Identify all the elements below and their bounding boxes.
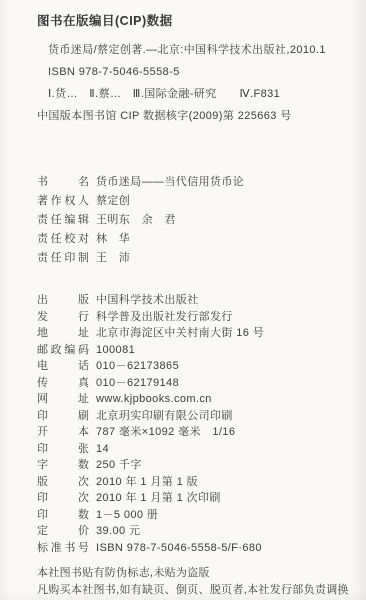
field-label: 地址 bbox=[37, 325, 89, 342]
field-value: 2010 年 1 月第 1 次印刷 bbox=[96, 490, 221, 507]
pub-row-sheets: 印张 14 bbox=[37, 441, 348, 458]
replacement-notice: 凡购买本社图书,如有缺页、倒页、脱页者,本社发行部负责调换 bbox=[37, 582, 348, 599]
field-label: 书名 bbox=[37, 173, 89, 192]
field-label: 责任编辑 bbox=[37, 211, 89, 230]
field-label: 印次 bbox=[37, 490, 89, 507]
pub-row-price: 定价 39.00 元 bbox=[37, 523, 348, 540]
cip-line-classification: Ⅰ.货… Ⅱ.蔡… Ⅲ.国际金融-研究 Ⅳ.F831 bbox=[37, 83, 348, 105]
pub-row-format: 开本 787 毫米×1092 毫米 1/16 bbox=[37, 424, 348, 441]
info-row-editor: 责任编辑 王明东 余 君 bbox=[37, 211, 348, 230]
field-label: 发行 bbox=[37, 309, 89, 326]
field-value: 2010 年 1 月第 1 版 bbox=[96, 474, 198, 491]
field-value: 010－62173865 bbox=[96, 358, 179, 375]
field-value: 林 华 bbox=[96, 230, 130, 249]
field-label: 标准书号 bbox=[37, 540, 89, 557]
info-row-title: 书名 货币迷局——当代信用货币论 bbox=[37, 173, 348, 192]
pub-row-impression: 印次 2010 年 1 月第 1 次印刷 bbox=[37, 490, 348, 507]
field-value: 北京市海淀区中关村南大街 16 号 bbox=[96, 325, 264, 342]
field-value: 1－5 000 册 bbox=[96, 507, 158, 524]
field-value: 250 千字 bbox=[96, 457, 142, 474]
pub-row-printer: 印刷 北京玥实印刷有限公司印刷 bbox=[37, 408, 348, 425]
field-label: 著作权人 bbox=[37, 192, 89, 211]
pub-row-address: 地址 北京市海淀区中关村南大街 16 号 bbox=[37, 325, 348, 342]
field-value: 货币迷局——当代信用货币论 bbox=[96, 173, 244, 192]
anti-piracy-notice: 本社图书贴有防伪标志,未贴为盗版 bbox=[37, 565, 348, 582]
field-value: 科学普及出版社发行部发行 bbox=[96, 309, 233, 326]
cip-line-record-number: 中国版本图书馆 CIP 数据核字(2009)第 225663 号 bbox=[37, 105, 348, 127]
field-label: 传真 bbox=[37, 375, 89, 392]
field-label: 责任印制 bbox=[37, 249, 89, 268]
field-label: 网址 bbox=[37, 391, 89, 408]
info-row-proofreader: 责任校对 林 华 bbox=[37, 230, 348, 249]
pub-row-edition: 版次 2010 年 1 月第 1 版 bbox=[37, 474, 348, 491]
field-value: 蔡定创 bbox=[96, 192, 130, 211]
field-value: 王 沛 bbox=[96, 249, 130, 268]
book-copyright-page: 图书在版编目(CIP)数据 货币迷局/蔡定创著.—北京:中国科学技术出版社,20… bbox=[0, 0, 366, 600]
pub-row-standard-book-number: 标准书号 ISBN 978-7-5046-5558-5/F·680 bbox=[37, 540, 348, 557]
field-label: 印数 bbox=[37, 507, 89, 524]
field-label: 电话 bbox=[37, 358, 89, 375]
field-label: 印刷 bbox=[37, 408, 89, 425]
pub-row-publisher: 出版 中国科学技术出版社 bbox=[37, 292, 348, 309]
cip-line-isbn: ISBN 978-7-5046-5558-5 bbox=[37, 61, 348, 83]
pub-row-distributor: 发行 科学普及出版社发行部发行 bbox=[37, 309, 348, 326]
field-value: www.kjpbooks.com.cn bbox=[96, 391, 212, 408]
field-label: 印张 bbox=[37, 441, 89, 458]
publication-section: 出版 中国科学技术出版社 发行 科学普及出版社发行部发行 地址 北京市海淀区中关… bbox=[37, 292, 348, 556]
field-value: 14 bbox=[96, 441, 109, 458]
field-label: 出版 bbox=[37, 292, 89, 309]
pub-row-print-run: 印数 1－5 000 册 bbox=[37, 507, 348, 524]
field-label: 字数 bbox=[37, 457, 89, 474]
field-value: 北京玥实印刷有限公司印刷 bbox=[96, 408, 233, 425]
field-label: 邮政编码 bbox=[37, 342, 89, 359]
field-value: 王明东 余 君 bbox=[96, 211, 176, 230]
field-label: 开本 bbox=[37, 424, 89, 441]
pub-row-postal-code: 邮政编码 100081 bbox=[37, 342, 348, 359]
field-value: 787 毫米×1092 毫米 1/16 bbox=[96, 424, 235, 441]
cip-header: 图书在版编目(CIP)数据 bbox=[37, 12, 348, 30]
book-info-section: 书名 货币迷局——当代信用货币论 著作权人 蔡定创 责任编辑 王明东 余 君 责… bbox=[37, 173, 348, 268]
field-label: 版次 bbox=[37, 474, 89, 491]
field-value: 39.00 元 bbox=[96, 523, 140, 540]
field-value: 中国科学技术出版社 bbox=[96, 292, 199, 309]
field-value: 010－62179148 bbox=[96, 375, 179, 392]
info-row-print-supervisor: 责任印制 王 沛 bbox=[37, 249, 348, 268]
cip-line-citation: 货币迷局/蔡定创著.—北京:中国科学技术出版社,2010.1 bbox=[37, 39, 348, 61]
field-value: ISBN 978-7-5046-5558-5/F·680 bbox=[96, 540, 262, 557]
pub-row-website: 网址 www.kjpbooks.com.cn bbox=[37, 391, 348, 408]
pub-row-fax: 传真 010－62179148 bbox=[37, 375, 348, 392]
cip-lines: 货币迷局/蔡定创著.—北京:中国科学技术出版社,2010.1 ISBN 978-… bbox=[37, 39, 348, 127]
pub-row-telephone: 电话 010－62173865 bbox=[37, 358, 348, 375]
info-row-copyright-holder: 著作权人 蔡定创 bbox=[37, 192, 348, 211]
field-value: 100081 bbox=[96, 342, 135, 359]
notices-section: 本社图书贴有防伪标志,未贴为盗版 凡购买本社图书,如有缺页、倒页、脱页者,本社发… bbox=[37, 565, 348, 599]
field-label: 责任校对 bbox=[37, 230, 89, 249]
cip-section: 图书在版编目(CIP)数据 货币迷局/蔡定创著.—北京:中国科学技术出版社,20… bbox=[37, 12, 348, 127]
pub-row-word-count: 字数 250 千字 bbox=[37, 457, 348, 474]
field-label: 定价 bbox=[37, 523, 89, 540]
